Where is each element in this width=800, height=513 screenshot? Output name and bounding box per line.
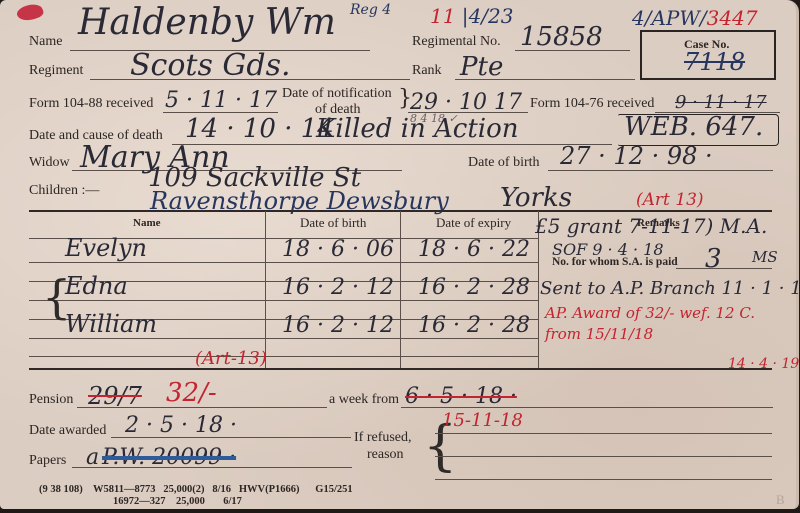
papers-value: P.W. 20099 ·	[102, 445, 236, 470]
sa-value: 3	[705, 244, 722, 274]
notification-label-line1: Date of notification	[282, 86, 392, 102]
child-name-2: Edna	[65, 272, 128, 300]
date-awarded-value: 2 · 5 · 18 ·	[125, 413, 237, 438]
child-dob-1: 18 · 6 · 06	[282, 237, 394, 262]
rank-label: Rank	[412, 63, 442, 79]
col-header-expiry: Date of expiry	[436, 215, 511, 231]
form-10488-label: Form 104-88 received	[29, 96, 153, 112]
corner-mark: B	[776, 492, 785, 508]
form-10476-label: Form 104-76 received	[530, 96, 654, 112]
date-awarded-label: Date awarded	[29, 423, 106, 439]
pension-label: Pension	[29, 392, 73, 408]
rank-value: Pte	[460, 52, 503, 82]
widow-dob-label: Date of birth	[468, 155, 540, 171]
art13-top-note: (Art 13)	[636, 190, 704, 210]
child-expiry-3: 16 · 2 · 28	[418, 313, 530, 338]
remarks-ap-award-line1: AP. Award of 32/- wef. 12 C.	[545, 304, 755, 322]
pension-record-card: Name Haldenby Wm Reg 4 11 |4/23 4/APW/34…	[0, 0, 799, 509]
remarks-sent: Sent to A.P. Branch 11 · 1 · 19 ·	[540, 278, 800, 299]
name-label: Name	[29, 34, 62, 50]
name-value: Haldenby Wm	[78, 2, 336, 43]
address-county: Yorks	[500, 183, 572, 213]
refused-label-line1: If refused,	[354, 430, 412, 446]
widow-label: Widow	[29, 155, 70, 171]
top-date: 11 |4/23	[430, 4, 513, 28]
widow-dob-value: 27 · 12 · 98 ·	[560, 142, 713, 170]
col-header-name: Name	[133, 217, 161, 229]
pension-new-value: 32/-	[166, 378, 217, 408]
art13-bottom-note: (Art-13)	[195, 348, 267, 369]
sa-label: No. for whom S.A. is paid	[552, 256, 678, 268]
print-code-line1: (9 38 108) W5811—8773 25,000(2) 8/16 HWV…	[39, 484, 353, 495]
regiment-value: Scots Gds.	[130, 48, 291, 83]
regimental-no-value: 15858	[520, 22, 603, 52]
case-no-value: 7118	[684, 48, 745, 76]
col-header-dob: Date of birth	[300, 215, 366, 231]
pension-old-value: 29/7	[88, 382, 142, 410]
remarks-grant: £5 grant 7-11-17) M.A.	[535, 214, 767, 238]
child-name-3: William	[65, 310, 157, 338]
child-name-1: Evelyn	[65, 234, 147, 262]
red-ink-mark	[15, 1, 44, 23]
web-reference: WEB. 647.	[624, 112, 763, 142]
form-10476-value: 9 · 11 · 17	[675, 92, 767, 113]
refused-label-line2: reason	[367, 447, 404, 463]
print-code-line2: 16972—327 25,000 6/17	[113, 496, 242, 507]
papers-label: Papers	[29, 453, 66, 469]
child-dob-2: 16 · 2 · 12	[282, 275, 394, 300]
regimental-no-label: Regimental No.	[412, 34, 501, 50]
child-dob-3: 16 · 2 · 12	[282, 313, 394, 338]
sa-initials: MS	[752, 248, 778, 266]
death-cause: Killed in Action	[316, 114, 519, 144]
regiment-label: Regiment	[29, 63, 83, 79]
refused-value: 15-11-18	[442, 410, 523, 431]
form-10488-value: 5 · 11 · 17	[165, 88, 277, 113]
week-from-label: a week from	[329, 392, 399, 408]
reference-mark: 4/APW/3447	[632, 6, 758, 30]
week-from-value: 6 · 5 · 18 ·	[405, 384, 517, 409]
remarks-ap-award-line2: from 15/11/18	[545, 325, 653, 343]
children-label: Children :—	[29, 183, 99, 199]
name-annotation: Reg 4	[350, 2, 391, 18]
papers-prefix: a	[86, 445, 99, 470]
child-expiry-2: 16 · 2 · 28	[418, 275, 530, 300]
case-no-box: Case No. 7118	[640, 30, 776, 80]
child-expiry-1: 18 · 6 · 22	[418, 237, 530, 262]
